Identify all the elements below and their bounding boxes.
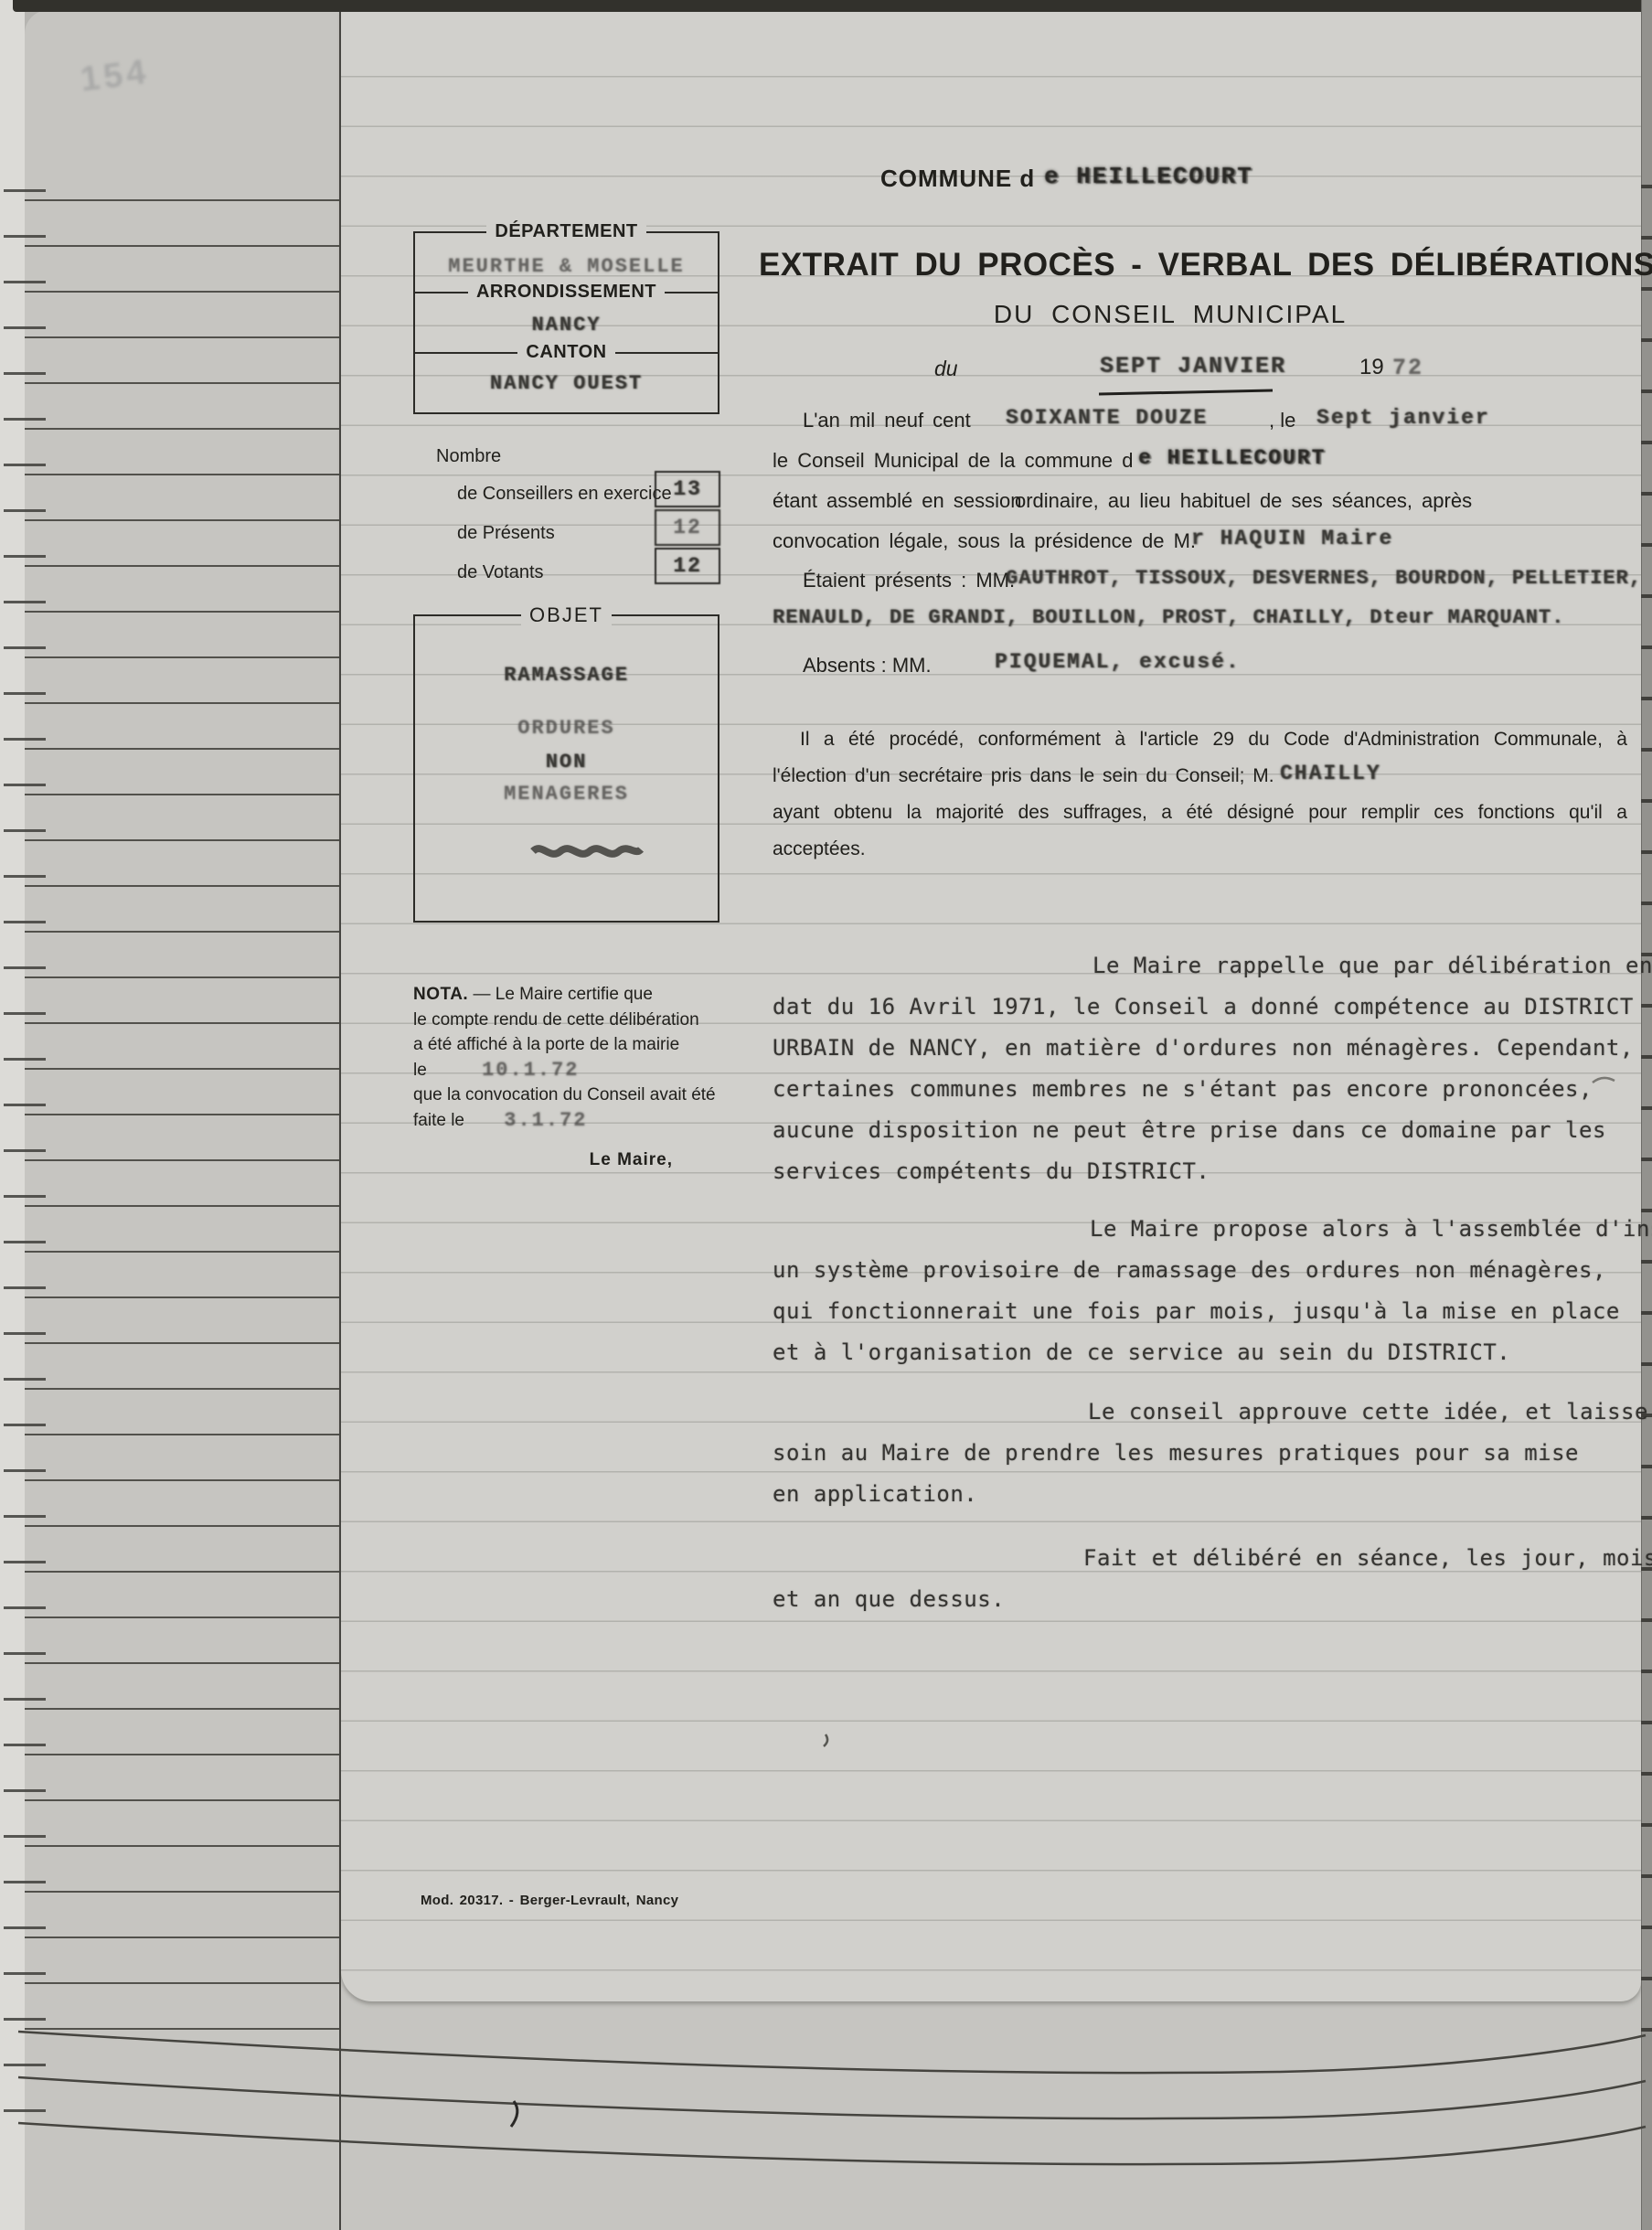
objet-box: OBJET RAMASSAGE ORDURES NON MENAGERES [413, 614, 719, 923]
scanned-register-page: 154 COMMUNE d e HEILLECOURT DÉPARTEMENT … [0, 0, 1652, 2230]
convocation-date-stamp: 3.1.72 [504, 1109, 587, 1132]
typed-line: Le Maire rappelle que par délibération e… [1092, 953, 1652, 978]
date-du-label: du [934, 357, 958, 381]
typed-line: soin au Maire de prendre les mesures pra… [773, 1440, 1579, 1466]
year-stamp: 72 [1392, 355, 1423, 381]
canton-value: NANCY OUEST [415, 372, 718, 395]
register-ruled-lines [25, 155, 341, 2039]
intro-stamp-commune: e HEILLECOURT [1138, 446, 1326, 470]
departement-value: MEURTHE & MOSELLE [415, 255, 718, 278]
typed-line: Le conseil approuve cette idée, et laiss… [1088, 1399, 1652, 1424]
printer-imprint: Mod. 20317. - Berger-Levrault, Nancy [421, 1893, 678, 1908]
faint-page-number: 154 [79, 53, 152, 101]
intro-text: étant assemblé en session [773, 489, 1022, 513]
nota-line: le compte rendu de cette délibération [413, 1008, 735, 1033]
nota-line: le 10.1.72 [413, 1058, 735, 1083]
scan-top-shadow [13, 0, 1652, 12]
arrondissement-label: ARRONDISSEMENT [415, 282, 718, 303]
intro-text: ordinaire, au lieu habituel de ses séanc… [1015, 489, 1472, 513]
typed-line: un système provisoire de ramassage des o… [773, 1257, 1606, 1283]
present-members-stamp: RENAULD, DE GRANDI, BOUILLON, PROST, CHA… [773, 606, 1564, 629]
counter-value-box: 12 [655, 548, 720, 584]
intro-text: , le [1269, 409, 1295, 432]
document-subtitle: DU CONSEIL MUNICIPAL [759, 300, 1582, 329]
document-title: EXTRAIT DU PROCÈS - VERBAL DES DÉLIBÉRAT… [759, 247, 1636, 283]
secretaire-text: ayant obtenu la majorité des suffrages, … [773, 802, 1627, 824]
secretaire-text: acceptées. [773, 838, 866, 860]
objet-line: MENAGERES [415, 783, 718, 806]
typed-line: et an que dessus. [773, 1586, 1005, 1612]
secretaire-stamp: CHAILLY [1280, 762, 1381, 785]
intro-text: convocation légale, sous la présidence d… [773, 529, 1196, 553]
departement-label: DÉPARTEMENT [415, 221, 718, 242]
page-right-edge-ticks [1641, 137, 1652, 2057]
typed-line: Fait et délibéré en séance, les jour, mo… [1083, 1545, 1652, 1571]
absents-stamp: PIQUEMAL, excusé. [995, 650, 1241, 674]
canton-label: CANTON [415, 342, 718, 363]
intro-text: Étaient présents : MM. [803, 569, 1015, 592]
nota-line: a été affiché à la porte de la mairie [413, 1032, 735, 1058]
objet-line: RAMASSAGE [415, 664, 718, 687]
counter-value-box: 13 [655, 471, 720, 507]
nombre-label: Nombre [436, 446, 501, 467]
typed-line: dat du 16 Avril 1971, le Conseil a donné… [773, 994, 1634, 1019]
year-printed: 19 [1359, 355, 1384, 380]
intro-stamp-president: r HAQUIN Maire [1191, 527, 1393, 550]
session-date-stamp: SEPT JANVIER [1100, 353, 1286, 379]
typed-line: qui fonctionnerait une fois par mois, ju… [773, 1298, 1620, 1324]
typed-line: services compétents du DISTRICT. [773, 1158, 1210, 1184]
counter-label: de Votants [457, 562, 544, 583]
counter-label: de Conseillers en exercice [457, 484, 672, 505]
typed-line: et à l'organisation de ce service au sei… [773, 1339, 1510, 1365]
affichage-date-stamp: 10.1.72 [482, 1059, 579, 1082]
nota-block: NOTA. — Le Maire certifie que le compte … [413, 982, 735, 1173]
commune-stamp: e HEILLECOURT [1044, 163, 1253, 190]
nota-line: que la convocation du Conseil avait été [413, 1083, 735, 1108]
nota-line: faite le 3.1.72 [413, 1108, 735, 1134]
nota-line: NOTA. — Le Maire certifie que [413, 982, 735, 1008]
commune-label: COMMUNE d [880, 165, 1035, 193]
absents-label: Absents : MM. [803, 654, 932, 678]
intro-stamp-day: Sept janvier [1316, 406, 1490, 430]
register-margin-rule [339, 11, 341, 2230]
typed-line: Le Maire propose alors à l'assemblée d'i… [1090, 1216, 1652, 1242]
arrondissement-value: NANCY [415, 314, 718, 336]
intro-text: L'an mil neuf cent [803, 409, 971, 432]
present-members-stamp: GAUTHROT, TISSOUX, DESVERNES, BOURDON, P… [1006, 567, 1642, 590]
secretaire-text: Il a été procédé, conformément à l'artic… [773, 729, 1627, 751]
admin-box: DÉPARTEMENT MEURTHE & MOSELLE ARRONDISSE… [413, 231, 719, 414]
objet-line: ORDURES [415, 717, 718, 740]
intro-text: le Conseil Municipal de la commune d [773, 449, 1134, 473]
counter-label: de Présents [457, 523, 555, 544]
secretaire-text: l'élection d'un secrétaire pris dans le … [773, 765, 1274, 787]
page-left-edge-ticks [4, 146, 46, 2112]
intro-stamp-year: SOIXANTE DOUZE [1006, 406, 1208, 430]
maire-signature-label: Le Maire, [413, 1147, 735, 1173]
counter-value-box: 12 [655, 509, 720, 546]
typed-line: en application. [773, 1481, 977, 1507]
typed-line: URBAIN de NANCY, en matière d'ordures no… [773, 1035, 1634, 1061]
objet-line: NON [415, 751, 718, 774]
typed-line: aucune disposition ne peut être prise da… [773, 1117, 1606, 1143]
typed-line: certaines communes membres ne s'étant pa… [773, 1076, 1593, 1102]
objet-label: OBJET [415, 603, 718, 627]
